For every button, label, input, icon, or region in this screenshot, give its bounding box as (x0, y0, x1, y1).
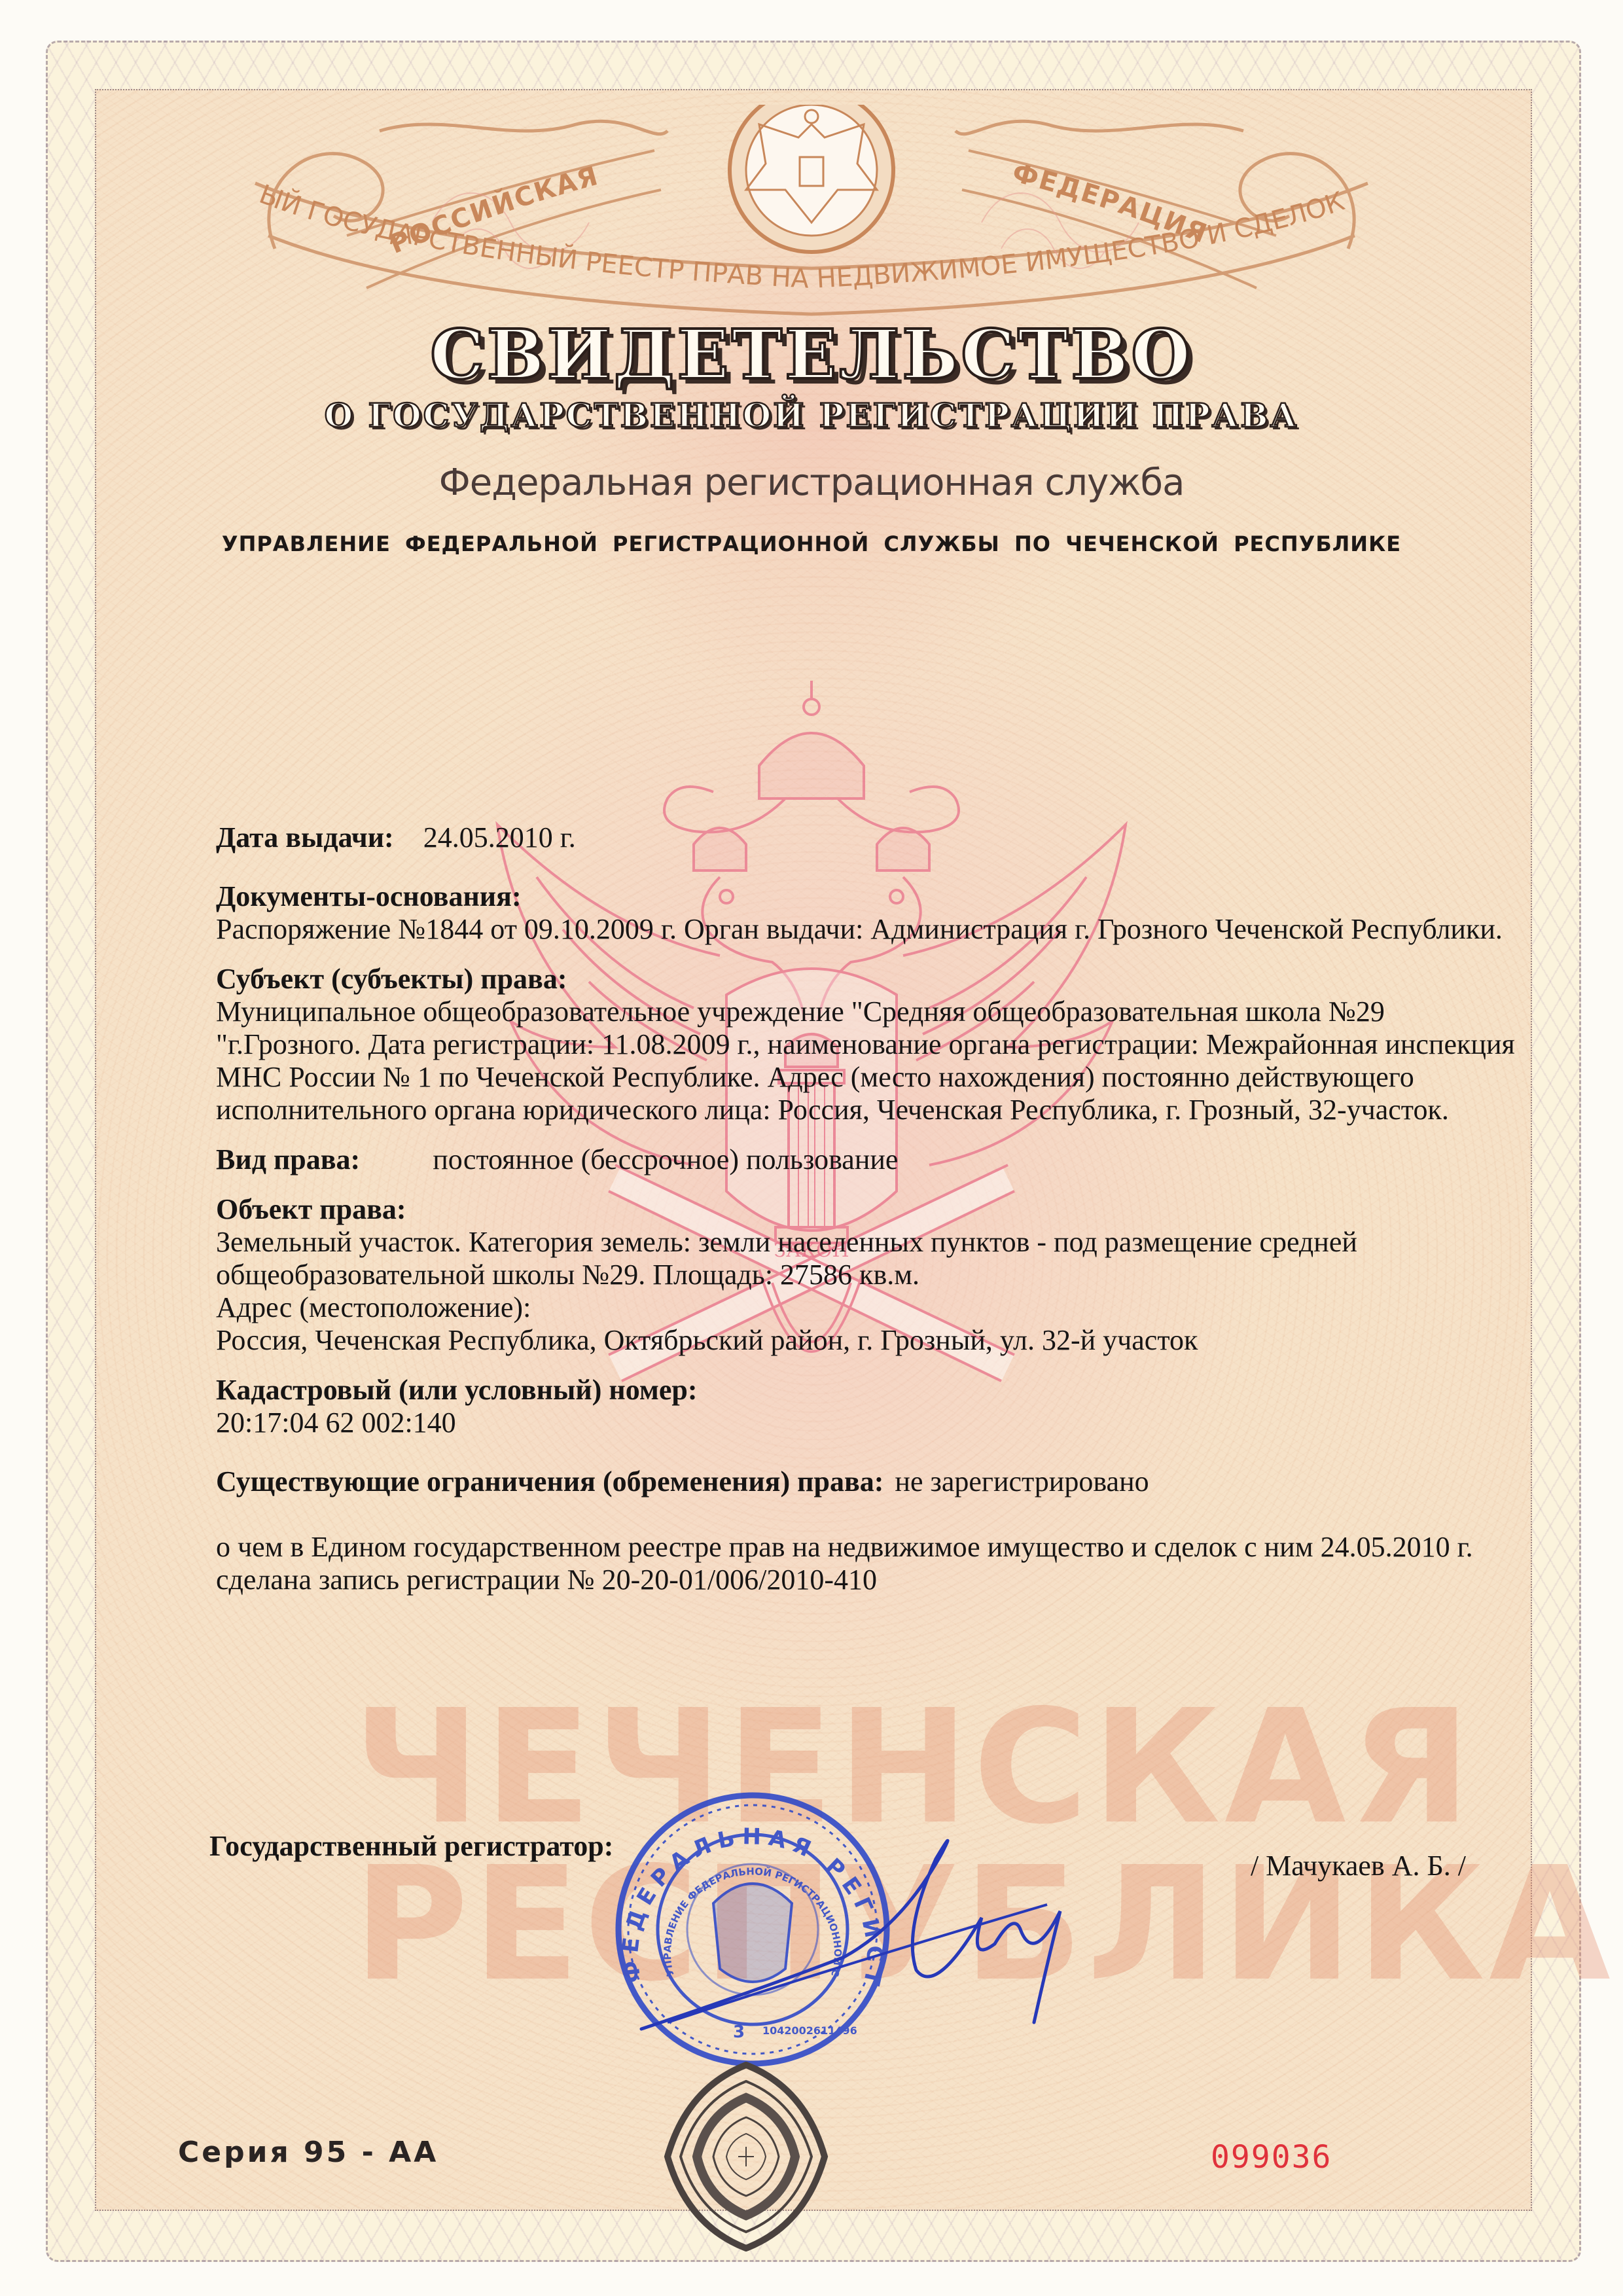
agency-name: Федеральная регистрационная служба (0, 461, 1623, 504)
signature-icon (628, 1813, 1126, 2036)
registrar-label: Государственный регистратор: (209, 1830, 613, 1862)
series-number: Серия 95 - АА (178, 2136, 438, 2169)
field-issue-date: Дата выдачи: 24.05.2010 г. (216, 821, 1525, 854)
registrar-name: / Мачукаев А. Б. / (1251, 1849, 1466, 1882)
encumbrances-value: не зарегистрировано (895, 1465, 1149, 1498)
field-cadastral: Кадастровый (или условный) номер: 20:17:… (216, 1374, 1525, 1439)
field-basis-documents: Документы-основания: Распоряжение №1844 … (216, 880, 1525, 946)
subjects-value: Муниципальное общеобразовательное учрежд… (216, 996, 1525, 1126)
field-encumbrances: Существующие ограничения (обременения) п… (216, 1465, 1525, 1498)
cadastral-label: Кадастровый (или условный) номер: (216, 1374, 1525, 1407)
object-address-label: Адрес (местоположение): (216, 1291, 1525, 1324)
field-object: Объект права: Земельный участок. Категор… (216, 1193, 1525, 1357)
encumbrances-label: Существующие ограничения (обременения) п… (216, 1465, 883, 1498)
right-type-label: Вид права: (216, 1143, 360, 1175)
registrar-signature (628, 1813, 1126, 2036)
basis-documents-value: Распоряжение №1844 от 09.10.2009 г. Орга… (216, 913, 1525, 946)
right-type-value: постоянное (бессрочное) пользование (433, 1143, 898, 1175)
field-right-type: Вид права: постоянное (бессрочное) польз… (216, 1143, 1525, 1176)
certificate-body: Дата выдачи: 24.05.2010 г. Документы-осн… (216, 821, 1525, 1613)
header-ornament: РОССИЙСКАЯ ФЕДЕРАЦИЯ ЕДИНЫЙ ГОСУДАРСТВЕН… (236, 105, 1387, 327)
document-title: СВИДЕТЕЛЬСТВО (0, 314, 1623, 395)
field-subjects: Субъект (субъекты) права: Муниципальное … (216, 963, 1525, 1126)
subjects-label: Субъект (субъекты) права: (216, 963, 1525, 996)
serial-number: 099036 (1211, 2139, 1332, 2176)
basis-documents-label: Документы-основания: (216, 880, 1525, 913)
issue-date-value: 24.05.2010 г. (423, 821, 576, 853)
object-label: Объект права: (216, 1193, 1525, 1226)
object-address-value: Россия, Чеченская Республика, Октябрьски… (216, 1324, 1525, 1357)
department-name: УПРАВЛЕНИЕ ФЕДЕРАЛЬНОЙ РЕГИСТРАЦИОННОЙ С… (0, 531, 1623, 556)
coat-of-arms-icon (730, 105, 893, 252)
object-value: Земельный участок. Категория земель: зем… (216, 1226, 1525, 1291)
ornament-graphic: РОССИЙСКАЯ ФЕДЕРАЦИЯ ЕДИНЫЙ ГОСУДАРСТВЕН… (236, 105, 1387, 327)
cadastral-value: 20:17:04 62 002:140 (216, 1407, 1525, 1439)
rosette-icon (648, 2062, 844, 2251)
registration-record: о чем в Едином государственном реестре п… (216, 1531, 1492, 1596)
security-rosette (648, 2062, 844, 2251)
document-subtitle: О ГОСУДАРСТВЕННОЙ РЕГИСТРАЦИИ ПРАВА (0, 396, 1623, 435)
issue-date-label: Дата выдачи: (216, 821, 394, 853)
